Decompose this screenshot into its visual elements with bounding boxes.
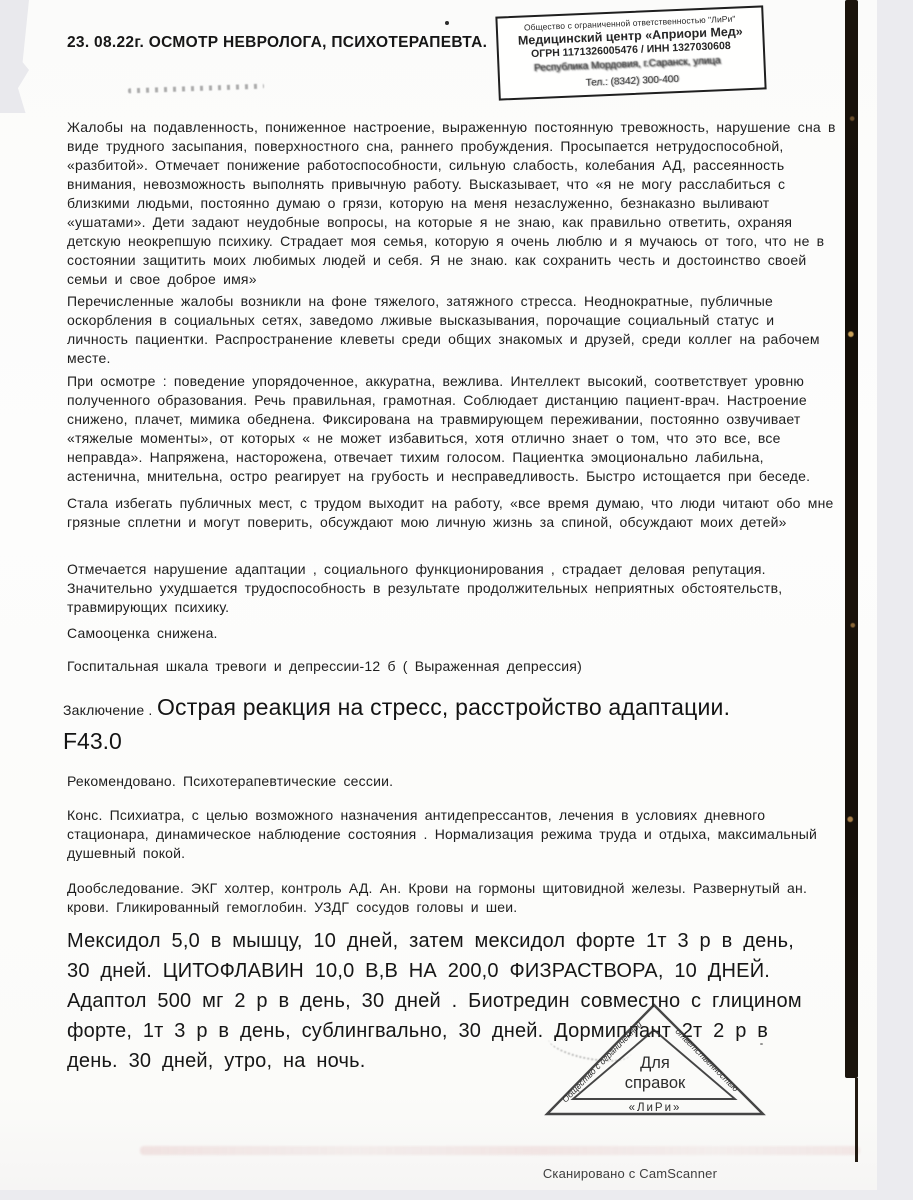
complaints-paragraph: Жалобы на подавленность, пониженное наст… (67, 118, 839, 289)
scanned-page: 23. 08.22г. ОСМОТР НЕВРОЛОГА, ПСИХОТЕРАП… (0, 0, 877, 1190)
conclusion-label: Заключение . (63, 702, 152, 718)
stress-background-paragraph: Перечисленные жалобы возникли на фоне тя… (67, 292, 839, 368)
ink-speck (290, 586, 292, 589)
pink-scan-smudge (140, 1146, 860, 1155)
triangle-bottom-label: «ЛиРи» (629, 1102, 682, 1114)
ink-smudge-artifact (128, 84, 264, 94)
scan-edge-dark-band (845, 0, 858, 1078)
triangle-center-text-bottom: справок (625, 1074, 686, 1092)
scan-edge-line (855, 1078, 858, 1162)
camscanner-caption: Сканировано с CamScanner (500, 1166, 760, 1181)
conclusion-block: Заключение . Острая реакция на стресс, р… (63, 694, 853, 755)
clinic-rect-stamp: Общество с ограниченной ответственностью… (495, 5, 766, 100)
scanned-document-viewer: { "doc": { "header": "23. 08.22г. ОСМОТР… (0, 0, 913, 1200)
clinic-triangle-stamp: Общество с ограниченной ответственностью… (542, 1002, 770, 1120)
adaptation-paragraph: Отмечается нарушение адаптации , социаль… (67, 560, 839, 617)
stamp-phone-line: Тел.: (8342) 300-400 (504, 71, 760, 93)
recommendation-line: Рекомендовано. Психотерапевтические сесс… (67, 772, 839, 791)
self-esteem-line: Самооценка снижена. (67, 624, 839, 643)
hospital-scale-line: Госпитальная шкала тревоги и депрессии-1… (67, 657, 839, 676)
triangle-center-text-top: Для (640, 1054, 670, 1072)
scan-corner-artifact (0, 0, 29, 113)
ink-speck (760, 1043, 763, 1045)
icd-code: F43.0 (63, 728, 853, 755)
psychiatrist-consult-paragraph: Конс. Психиатра, с целью возможного назн… (67, 806, 839, 863)
avoidance-paragraph: Стала избегать публичных мест, с трудом … (67, 494, 839, 532)
examination-paragraph: При осмотре : поведение упорядоченное, а… (67, 372, 839, 486)
followup-tests-paragraph: Дообследование. ЭКГ холтер, контроль АД.… (67, 879, 839, 917)
conclusion-diagnosis: Острая реакция на стресс, расстройство а… (157, 694, 730, 720)
triangle-stamp-graphic: Общество с ограниченной ответственностью… (542, 1002, 770, 1120)
ink-speck (445, 21, 449, 25)
